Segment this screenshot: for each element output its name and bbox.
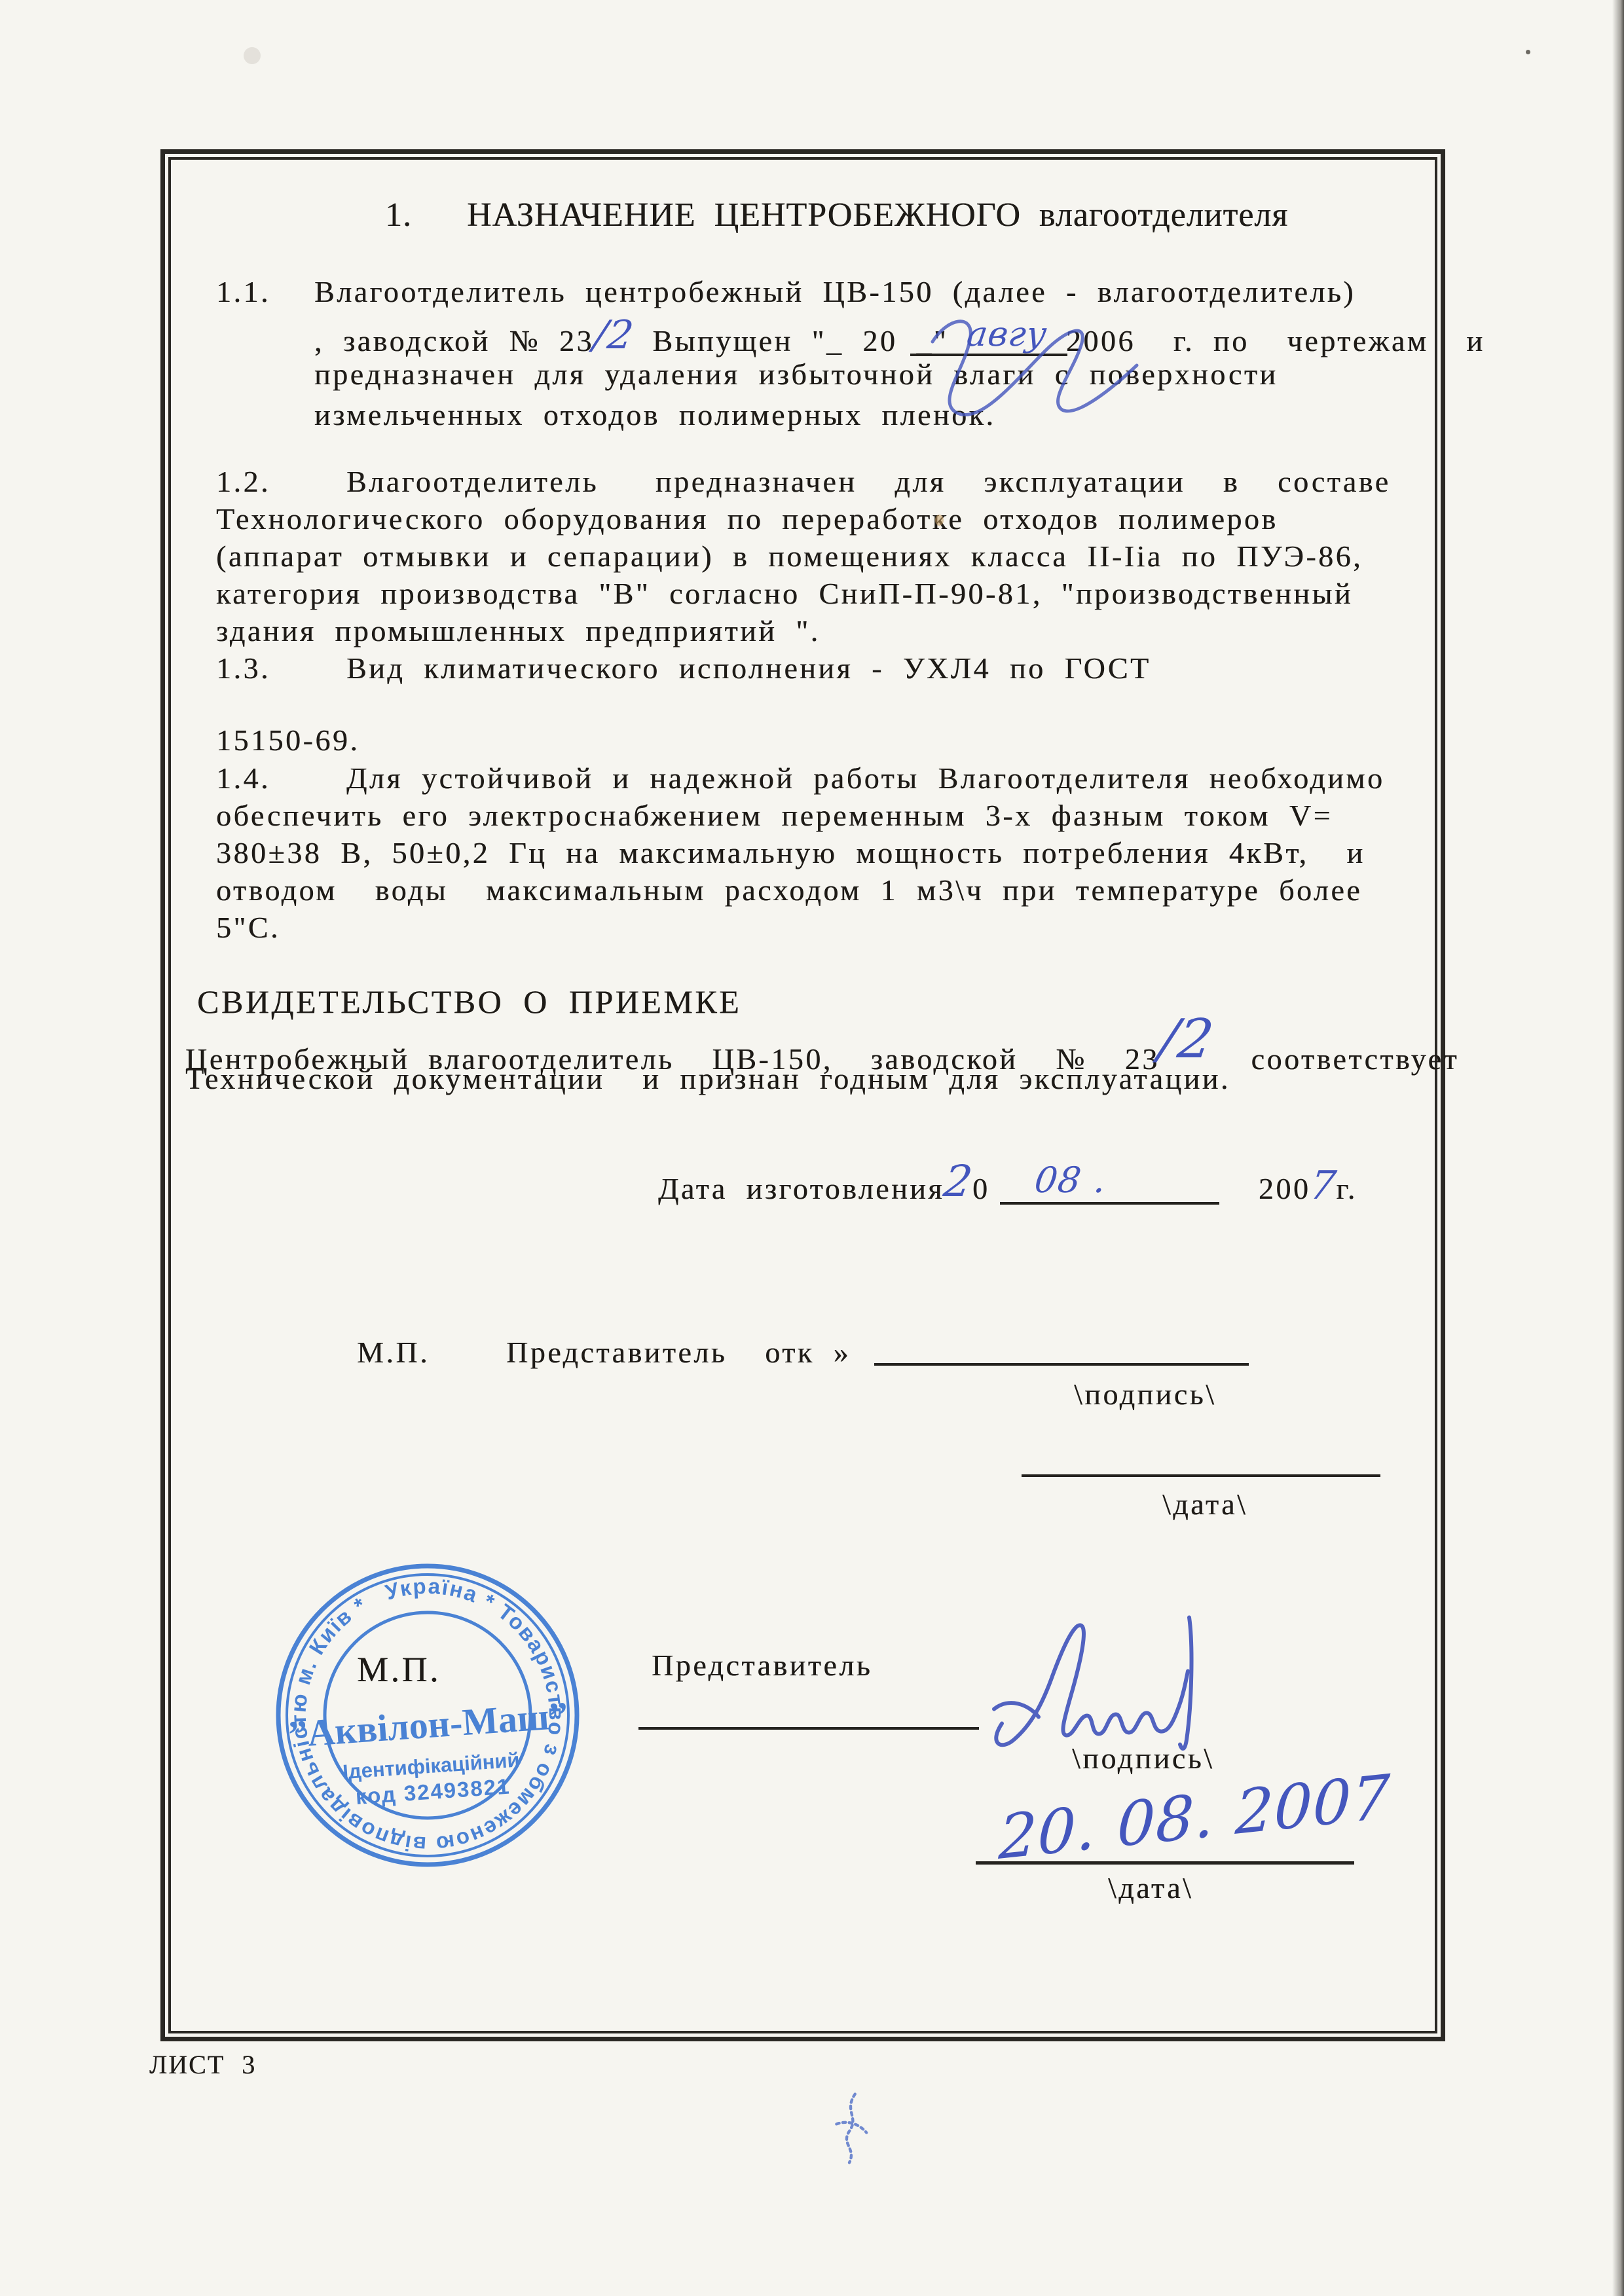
para-1-2-line-4: категория производства "В" согласно СниП… [216,577,1353,611]
representative-blank [638,1727,979,1730]
scanned-document-page: 1. НАЗНАЧЕНИЕ ЦЕНТРОБЕЖНОГО влагоотделит… [0,0,1624,2296]
sheet-label: ЛИСТ 3 [149,2050,256,2080]
acceptance-line-2: Технической документации и признан годны… [185,1062,1230,1096]
printed-text: здания промышленных предприятий ". [216,614,821,647]
ink-scribble [826,2090,872,2168]
printed-text: Влагоотделитель центробежный ЦВ-150 (дал… [314,275,1356,308]
printed-text: соответствует [1213,1042,1460,1076]
date-caption: \дата\ [1108,1871,1193,1905]
blank-under-month-number [1000,1202,1219,1205]
para-1-4-line-1: 1.4. Для устойчивой и надежной работы Вл… [216,761,1384,795]
printed-text: 200 [1221,1172,1311,1205]
para-1-3-line-1: 1.3. Вид климатического исполнения - УХЛ… [216,651,1151,685]
section-title: 1. НАЗНАЧЕНИЕ ЦЕНТРОБЕЖНОГО влагоотделит… [385,196,1288,234]
printed-text: Технологического оборудования по перераб… [216,502,1278,536]
date-blank [976,1861,1354,1865]
printed-text: категория производства "В" согласно СниП… [216,577,1353,610]
printed-text: Представитель [652,1649,872,1682]
printed-text: \дата\ [1162,1487,1247,1521]
para-1-4-line-3: 380±38 В, 50±0,2 Гц на максимальную мощн… [216,836,1365,870]
printed-text: 1.1. [216,275,314,309]
para-1-4-line-4: отводом воды максимальным расходом 1 м3\… [216,873,1362,907]
printed-text: г. [1337,1172,1357,1205]
para-1-1-line-4: измельченных отходов полимерных пленок. [314,398,995,432]
scan-edge-shadow [1612,0,1624,2296]
scan-speck [935,515,944,526]
manufacture-date-line: Дата изготовления20 08 . 2007г. [658,1160,1357,1209]
para-1-1-line-2: , заводской № 23/2 Выпущен "_ 20 _" авгу… [314,316,1485,360]
signature-caption: \подпись\ [1072,1741,1214,1776]
stamp-place-label: М.П. [357,1336,506,1370]
printed-text: 1.4. Для устойчивой и надежной работы Вл… [216,761,1384,795]
printed-text: М.П. [357,1650,441,1689]
printed-text: Дата изготовления [658,1172,944,1205]
printed-text: 5"С. [216,911,280,944]
acceptance-heading: СВИДЕТЕЛЬСТВО О ПРИЕМКЕ [197,983,741,1020]
representative-label: Представитель [652,1649,872,1683]
company-stamp: Україна * Товариство з обмеженою відпові… [270,1558,585,1872]
handwritten-month-number: 08 . [1006,1161,1109,1200]
para-1-2-line-2: Технологического оборудования по перераб… [216,502,1278,536]
para-1-2-line-3: (аппарат отмывки и сепарации) в помещени… [216,539,1363,574]
printed-text: 15150-69. [216,723,360,757]
printed-text: 1.3. Вид климатического исполнения - УХЛ… [216,651,1151,685]
handwritten-serial-suffix: /2 [1155,1010,1217,1070]
printed-text: 0 [972,1172,1009,1205]
printed-text: Технической документации и признан годны… [185,1062,1230,1095]
printed-text: измельченных отходов полимерных пленок. [314,398,995,431]
para-1-1-line-1: 1.1.Влагоотделитель центробежный ЦВ-150 … [216,275,1356,309]
printed-text: (аппарат отмывки и сепарации) в помещени… [216,539,1363,573]
signature-ink [982,1604,1257,1758]
handwritten-day: 2 [941,1157,976,1206]
para-1-4-line-2: обеспечить его электроснабжением перемен… [216,799,1333,833]
otk-representative-label: Представитель отк » [506,1336,851,1369]
printed-text: 1.2. Влагоотделитель предназначен для эк… [216,465,1391,498]
printed-text: 1. НАЗНАЧЕНИЕ ЦЕНТРОБЕЖНОГО влагоотделит… [385,196,1288,234]
mp-stamp-label: М.П. [357,1650,441,1689]
printed-text: \подпись\ [1072,1741,1214,1775]
date-caption-otk: \дата\ [1162,1487,1247,1522]
printed-text: \подпись\ [1074,1377,1216,1411]
scan-speck [244,47,261,64]
para-1-3-line-2: 15150-69. [216,723,360,757]
printed-text: 380±38 В, 50±0,2 Гц на максимальную мощн… [216,836,1365,869]
handwritten-serial-suffix: /2 [591,314,637,357]
mp-otk-row: М.П.Представитель отк » [357,1336,851,1370]
printed-text: ЛИСТ 3 [149,2050,256,2079]
scan-speck [1526,50,1530,54]
printed-text: \дата\ [1108,1871,1193,1904]
handwritten-year-digit: 7 [1308,1164,1340,1208]
para-1-2-line-5: здания промышленных предприятий ". [216,614,821,648]
signature-blank-otk [874,1363,1249,1366]
para-1-2-line-1: 1.2. Влагоотделитель предназначен для эк… [216,465,1391,499]
signature-caption-otk: \подпись\ [1074,1377,1216,1412]
printed-text: отводом воды максимальным расходом 1 м3\… [216,873,1362,907]
printed-text [1107,1172,1221,1205]
printed-text: обеспечить его электроснабжением перемен… [216,799,1333,832]
pen-flourish [917,302,1153,433]
para-1-4-line-5: 5"С. [216,911,280,945]
printed-text: , заводской № 23 [314,324,594,357]
date-blank-otk [1022,1474,1380,1477]
printed-text: СВИДЕТЕЛЬСТВО О ПРИЕМКЕ [197,983,741,1020]
